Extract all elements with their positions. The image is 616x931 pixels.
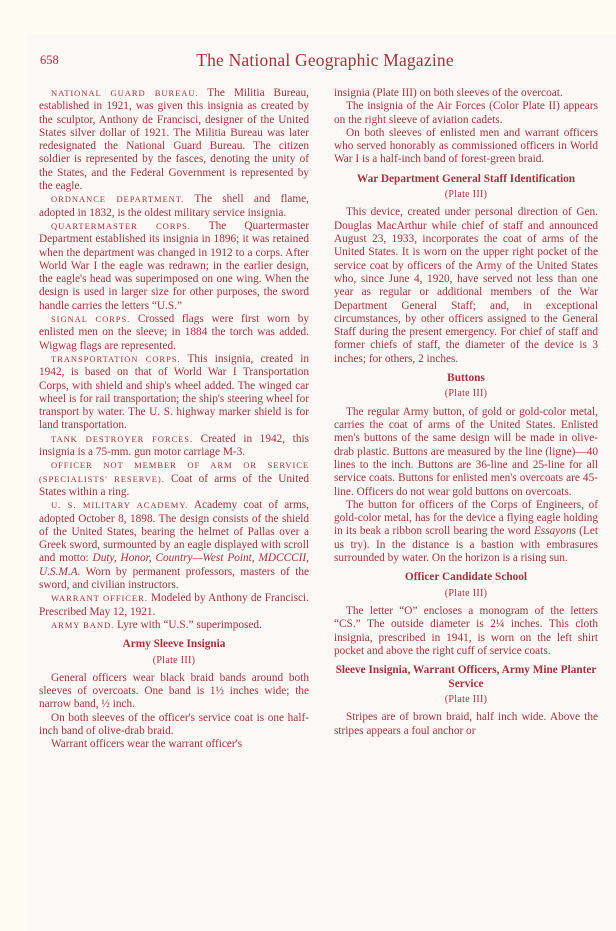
paragraph-national-guard-bureau: National Guard Bureau. The Militia Burea…: [39, 87, 309, 193]
paragraph-brown-braid-stripes: Stripes are of brown braid, half inch wi…: [334, 711, 598, 738]
paragraph-quartermaster-corps: Quartermaster Corps. The Quartermaster D…: [39, 220, 309, 313]
paragraph-ordnance-department: Ordnance Department. The shell and flame…: [39, 193, 309, 220]
plate-reference: (Plate III): [334, 693, 598, 706]
paragraph-army-band: Army Band. Lyre with “U.S.” superimposed…: [39, 619, 309, 632]
paragraph-continued-overcoat: insignia (Plate III) on both sleeves of …: [334, 87, 598, 100]
plate-reference: (Plate III): [39, 654, 309, 667]
section-heading-army-sleeve-insignia: Army Sleeve Insignia: [39, 638, 309, 651]
section-heading-general-staff: War Department General Staff Identificat…: [334, 173, 598, 186]
paragraph-air-forces: The insignia of the Air Forces (Color Pl…: [334, 100, 598, 127]
paragraph-transportation-corps: Transportation Corps. This insignia, cre…: [39, 353, 309, 433]
plate-reference: (Plate III): [334, 587, 598, 600]
essayons-word: Essayons: [534, 525, 576, 537]
section-heading-buttons: Buttons: [334, 372, 598, 385]
paragraph-engineers-button: The button for officers of the Corps of …: [334, 499, 598, 565]
paragraph-general-staff-device: This device, created under personal dire…: [334, 206, 598, 366]
paragraph-warrant-officers-wear: Warrant officers wear the warrant office…: [39, 738, 309, 751]
paragraph-military-academy: U. S. Military Academy. Academy coat of …: [39, 499, 309, 592]
left-column: National Guard Bureau. The Militia Burea…: [39, 87, 309, 752]
paragraph-general-officers: General officers wear black braid bands …: [39, 672, 309, 712]
paragraph-officer-not-member: Officer Not Member of Arm or Service (Sp…: [39, 459, 309, 499]
paragraph-tank-destroyer-forces: Tank Destroyer Forces. Created in 1942, …: [39, 433, 309, 460]
paragraph-forest-green-braid: On both sleeves of enlisted men and warr…: [334, 127, 598, 167]
section-heading-officer-candidate-school: Officer Candidate School: [334, 571, 598, 584]
paragraph-regular-army-button: The regular Army button, of gold or gold…: [334, 406, 598, 499]
running-title: The National Geographic Magazine: [40, 50, 610, 71]
plate-reference: (Plate III): [334, 387, 598, 400]
section-heading-mine-planter-service: Sleeve Insignia, Warrant Officers, Army …: [334, 664, 598, 691]
page-header: 658 The National Geographic Magazine: [40, 53, 610, 73]
paragraph-officer-service-coat: On both sleeves of the officer's service…: [39, 712, 309, 739]
paragraph-ocs-letter: The letter “O” encloses a monogram of th…: [334, 605, 598, 658]
paragraph-signal-corps: Signal Corps. Crossed flags were first w…: [39, 313, 309, 353]
plate-reference: (Plate III): [334, 188, 598, 201]
paragraph-warrant-officer: Warrant Officer. Modeled by Anthony de F…: [39, 592, 309, 619]
right-column: insignia (Plate III) on both sleeves of …: [334, 87, 598, 738]
